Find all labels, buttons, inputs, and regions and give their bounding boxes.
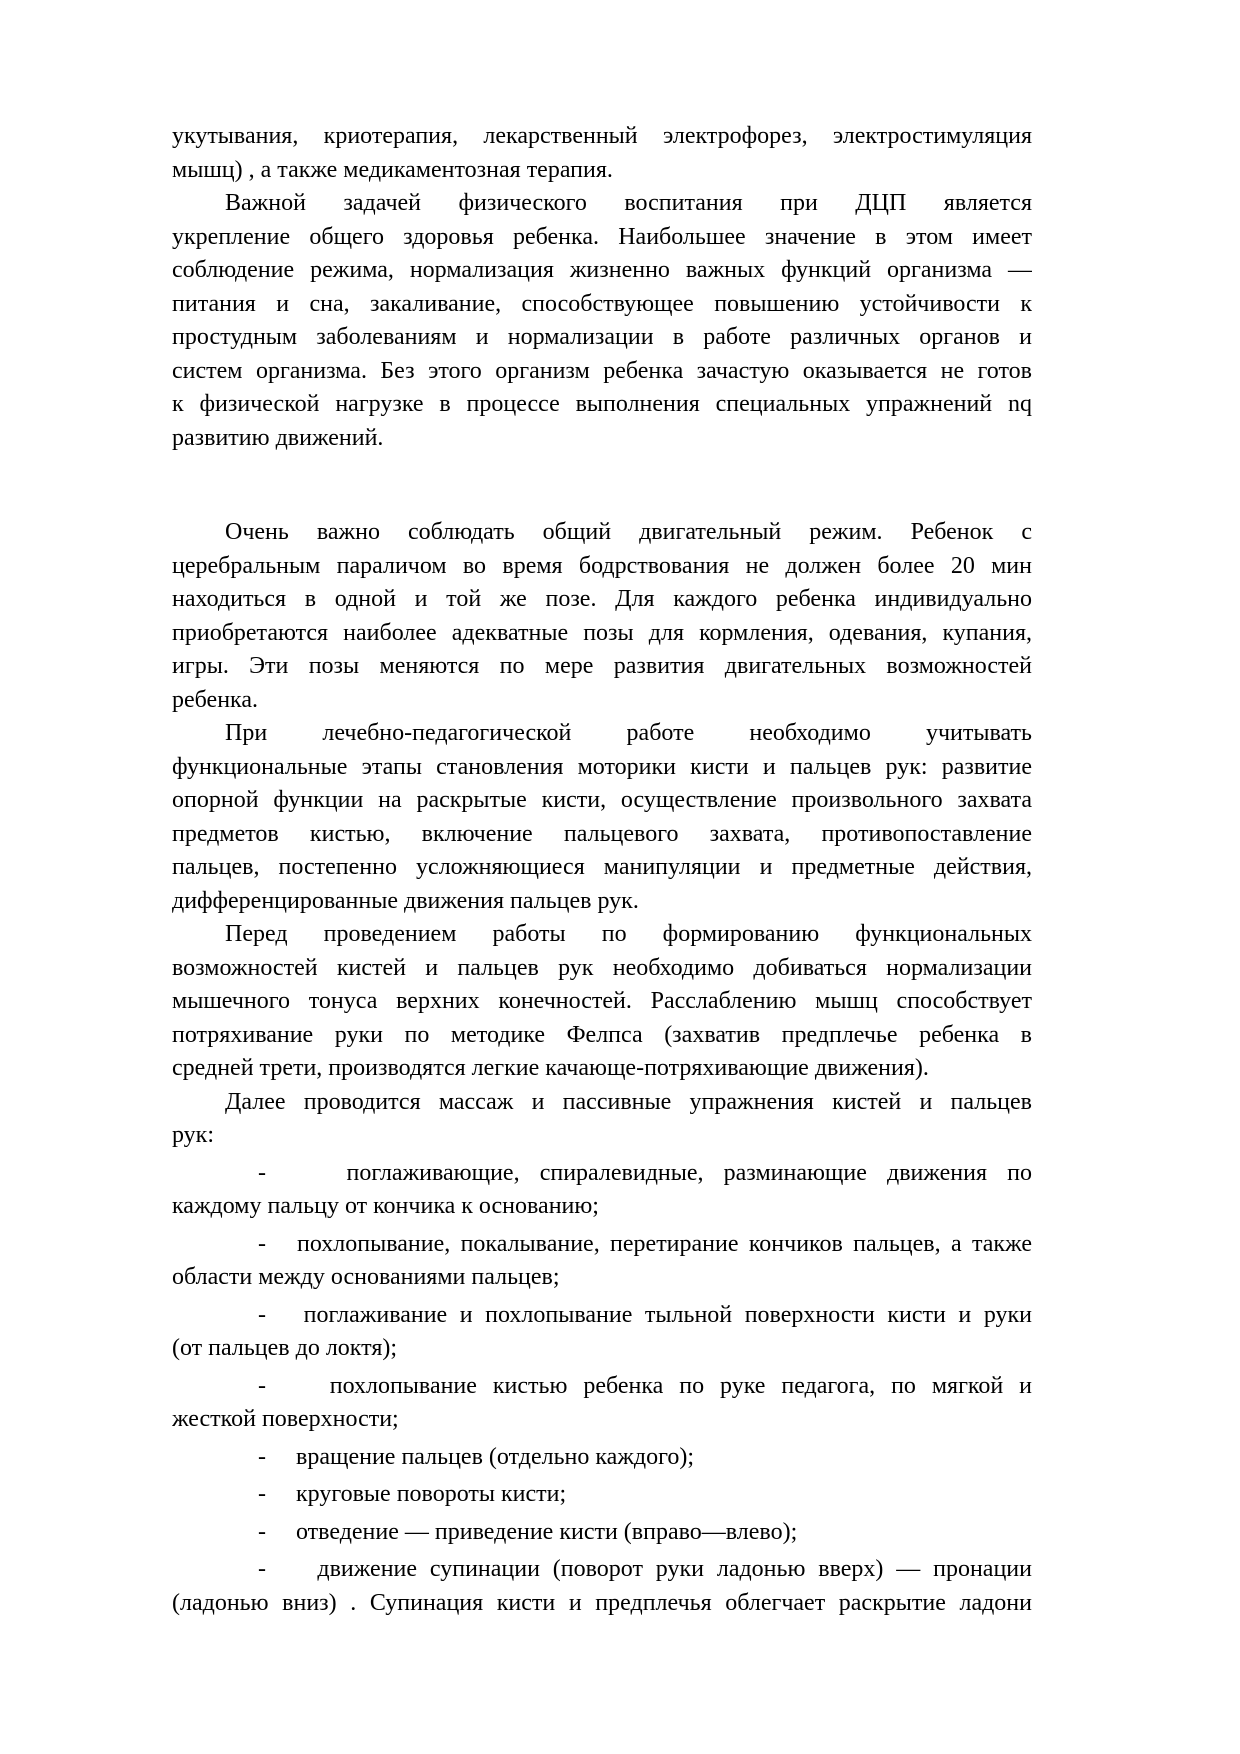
bullet-finger-rotation: - вращение пальцев (отдельно каждого);: [172, 1441, 1032, 1475]
bullet-back-surface-of-hand: - поглаживание и похлопывание тыльной по…: [172, 1299, 1032, 1366]
text-line: - похлопывание, покалывание, перетирание…: [172, 1228, 1032, 1262]
paragraph-motor-regime: Очень важно соблюдать общий двигательный…: [172, 516, 1032, 717]
bullet-patting-fingertips: - похлопывание, покалывание, перетирание…: [172, 1228, 1032, 1295]
text-line: дифференцированные движения пальцев рук.: [172, 885, 1032, 919]
text-line: возможностей кистей и пальцев рук необхо…: [172, 952, 1032, 986]
text-line: мышц) , а также медикаментозная терапия.: [172, 154, 1032, 188]
paragraph-continued-from-previous-page: укутывания, криотерапия, лекарственный э…: [172, 120, 1032, 187]
text-line: (ладонью вниз) . Супинация кисти и предп…: [172, 1587, 1032, 1621]
text-line: питания и сна, закаливание, способствующ…: [172, 288, 1032, 322]
text-line: церебральным параличом во время бодрство…: [172, 550, 1032, 584]
paragraph-physical-education-task: Важной задачей физического воспитания пр…: [172, 187, 1032, 455]
text-line: Перед проведением работы по формированию…: [172, 918, 1032, 952]
text-line: - круговые повороты кисти;: [172, 1478, 1032, 1512]
text-line: - движение супинации (поворот руки ладон…: [172, 1553, 1032, 1587]
text-line: укутывания, криотерапия, лекарственный э…: [172, 120, 1032, 154]
text-line: соблюдение режима, нормализация жизненно…: [172, 254, 1032, 288]
text-line: функциональные этапы становления моторик…: [172, 751, 1032, 785]
text-line: к физической нагрузке в процессе выполне…: [172, 388, 1032, 422]
text-line: простудным заболеваниям и нормализации в…: [172, 321, 1032, 355]
text-line: - поглаживание и похлопывание тыльной по…: [172, 1299, 1032, 1333]
text-line: - похлопывание кистью ребенка по руке пе…: [172, 1370, 1032, 1404]
text-line: опорной функции на раскрытые кисти, осущ…: [172, 784, 1032, 818]
text-line: мышечного тонуса верхних конечностей. Ра…: [172, 985, 1032, 1019]
paragraph-muscle-tone-normalization: Перед проведением работы по формированию…: [172, 918, 1032, 1086]
bullet-patting-teacher-hand: - похлопывание кистью ребенка по руке пе…: [172, 1370, 1032, 1437]
paragraph-massage-intro: Далее проводится массаж и пассивные упра…: [172, 1086, 1032, 1153]
text-line: области между основаниями пальцев;: [172, 1261, 1032, 1295]
bullet-hand-circular-turns: - круговые повороты кисти;: [172, 1478, 1032, 1512]
text-line: укрепление общего здоровья ребенка. Наиб…: [172, 221, 1032, 255]
text-line: ребенка.: [172, 684, 1032, 718]
text-line: - вращение пальцев (отдельно каждого);: [172, 1441, 1032, 1475]
text-line: При лечебно-педагогической работе необхо…: [172, 717, 1032, 751]
text-line: каждому пальцу от кончика к основанию;: [172, 1190, 1032, 1224]
text-line: Далее проводится массаж и пассивные упра…: [172, 1086, 1032, 1120]
document-page: укутывания, криотерапия, лекарственный э…: [0, 0, 1240, 1754]
bullet-abduction-adduction: - отведение — приведение кисти (вправо—в…: [172, 1516, 1032, 1550]
text-line: рук:: [172, 1119, 1032, 1153]
text-line: находиться в одной и той же позе. Для ка…: [172, 583, 1032, 617]
text-line: - поглаживающие, спиралевидные, разминаю…: [172, 1157, 1032, 1191]
text-line: (от пальцев до локтя);: [172, 1332, 1032, 1366]
text-line: пальцев, постепенно усложняющиеся манипу…: [172, 851, 1032, 885]
text-line: систем организма. Без этого организм реб…: [172, 355, 1032, 389]
text-line: жесткой поверхности;: [172, 1403, 1032, 1437]
text-line: Важной задачей физического воспитания пр…: [172, 187, 1032, 221]
bullet-supination-pronation: - движение супинации (поворот руки ладон…: [172, 1553, 1032, 1620]
text-line: - отведение — приведение кисти (вправо—в…: [172, 1516, 1032, 1550]
text-line: развитию движений.: [172, 422, 1032, 456]
text-line: приобретаются наиболее адекватные позы д…: [172, 617, 1032, 651]
text-line: Очень важно соблюдать общий двигательный…: [172, 516, 1032, 550]
bullet-stroking-movements: - поглаживающие, спиралевидные, разминаю…: [172, 1157, 1032, 1224]
text-line: средней трети, производятся легкие качаю…: [172, 1052, 1032, 1086]
text-column: укутывания, криотерапия, лекарственный э…: [172, 120, 1032, 1620]
text-line: предметов кистью, включение пальцевого з…: [172, 818, 1032, 852]
text-line: потряхивание руки по методике Фелпса (за…: [172, 1019, 1032, 1053]
text-line: игры. Эти позы меняются по мере развития…: [172, 650, 1032, 684]
paragraph-hand-motor-stages: При лечебно-педагогической работе необхо…: [172, 717, 1032, 918]
